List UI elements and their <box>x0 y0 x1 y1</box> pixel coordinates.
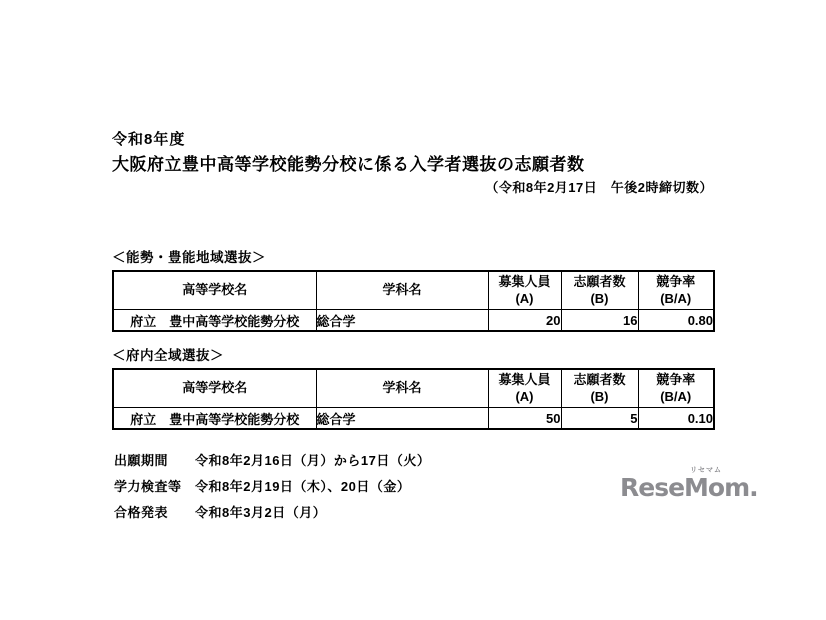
header-capacity-line1: 募集人員 <box>498 274 550 289</box>
table-row: 府立 豊中高等学校能勢分校 総合学 50 5 0.10 <box>113 408 714 430</box>
schedule-label: 出願期間 <box>114 450 195 469</box>
header-ratio-line2: (B/A) <box>660 389 691 404</box>
header-applicants-line2: (B) <box>590 291 608 306</box>
header-capacity: 募集人員(A) <box>488 271 561 310</box>
school-name-cell: 府立 豊中高等学校能勢分校 <box>113 408 316 430</box>
schedule-row-announcement: 合格発表 令和8年3月2日（月） <box>114 498 430 524</box>
section-nose-toyono: ＜能勢・豊能地域選抜＞ 高等学校名 学科名 募集人員(A) 志願者数(B) 競争… <box>112 246 715 332</box>
table-header-row: 高等学校名 学科名 募集人員(A) 志願者数(B) 競争率(B/A) <box>113 271 714 310</box>
resemom-logo: リセマム ReseMom. <box>620 466 740 506</box>
header-department: 学科名 <box>316 271 488 310</box>
header-ratio-line1: 競争率 <box>656 274 695 289</box>
header-capacity: 募集人員(A) <box>488 369 561 408</box>
schedule-value: 令和8年3月2日（月） <box>195 502 326 521</box>
ratio-cell: 0.10 <box>638 408 714 430</box>
applicants-cell: 5 <box>561 408 638 430</box>
header-applicants: 志願者数(B) <box>561 369 638 408</box>
header-capacity-line1: 募集人員 <box>498 372 550 387</box>
header-applicants-line1: 志願者数 <box>573 372 625 387</box>
header-school: 高等学校名 <box>113 369 316 408</box>
header-ratio-line2: (B/A) <box>660 291 691 306</box>
schedule-value: 令和8年2月19日（木）、20日（金） <box>195 476 410 495</box>
header-ratio: 競争率(B/A) <box>638 369 714 408</box>
department-cell: 総合学 <box>316 408 488 430</box>
section-label: ＜府内全域選抜＞ <box>112 344 715 364</box>
capacity-cell: 50 <box>488 408 561 430</box>
table-header-row: 高等学校名 学科名 募集人員(A) 志願者数(B) 競争率(B/A) <box>113 369 714 408</box>
deadline-note: （令和8年2月17日 午後2時締切数） <box>112 177 713 196</box>
resemom-logo-ruby: リセマム <box>690 467 722 474</box>
header-department: 学科名 <box>316 369 488 408</box>
schedule-block: 出願期間 令和8年2月16日（月）から17日（火） 学力検査等 令和8年2月19… <box>114 446 430 524</box>
header-applicants-line2: (B) <box>590 389 608 404</box>
applicants-table-prefecture-wide: 高等学校名 学科名 募集人員(A) 志願者数(B) 競争率(B/A) 府立 豊中… <box>112 368 715 430</box>
capacity-cell: 20 <box>488 310 561 332</box>
department-cell: 総合学 <box>316 310 488 332</box>
header-school: 高等学校名 <box>113 271 316 310</box>
schedule-label: 合格発表 <box>114 502 195 521</box>
ratio-cell: 0.80 <box>638 310 714 332</box>
school-name-cell: 府立 豊中高等学校能勢分校 <box>113 310 316 332</box>
fiscal-year: 令和8年度 <box>112 128 185 149</box>
applicants-table-nose-toyono: 高等学校名 学科名 募集人員(A) 志願者数(B) 競争率(B/A) 府立 豊中… <box>112 270 715 332</box>
table-row: 府立 豊中高等学校能勢分校 総合学 20 16 0.80 <box>113 310 714 332</box>
header-capacity-line2: (A) <box>515 291 533 306</box>
header-school-label: 高等学校名 <box>182 380 247 395</box>
header-applicants: 志願者数(B) <box>561 271 638 310</box>
header-school-label: 高等学校名 <box>182 282 247 297</box>
section-prefecture-wide: ＜府内全域選抜＞ 高等学校名 学科名 募集人員(A) 志願者数(B) 競争率(B… <box>112 344 715 430</box>
header-ratio: 競争率(B/A) <box>638 271 714 310</box>
schedule-label: 学力検査等 <box>114 476 195 495</box>
schedule-row-exam: 学力検査等 令和8年2月19日（木）、20日（金） <box>114 472 430 498</box>
resemom-logo-text: ReseMom. <box>620 466 740 500</box>
header-capacity-line2: (A) <box>515 389 533 404</box>
section-label: ＜能勢・豊能地域選抜＞ <box>112 246 715 266</box>
header-department-label: 学科名 <box>382 282 421 297</box>
header-department-label: 学科名 <box>382 380 421 395</box>
schedule-row-application: 出願期間 令和8年2月16日（月）から17日（火） <box>114 446 430 472</box>
header-ratio-line1: 競争率 <box>656 372 695 387</box>
applicants-cell: 16 <box>561 310 638 332</box>
schedule-value: 令和8年2月16日（月）から17日（火） <box>195 450 430 469</box>
page-title: 大阪府立豊中高等学校能勢分校に係る入学者選抜の志願者数 <box>112 150 585 175</box>
header-applicants-line1: 志願者数 <box>573 274 625 289</box>
